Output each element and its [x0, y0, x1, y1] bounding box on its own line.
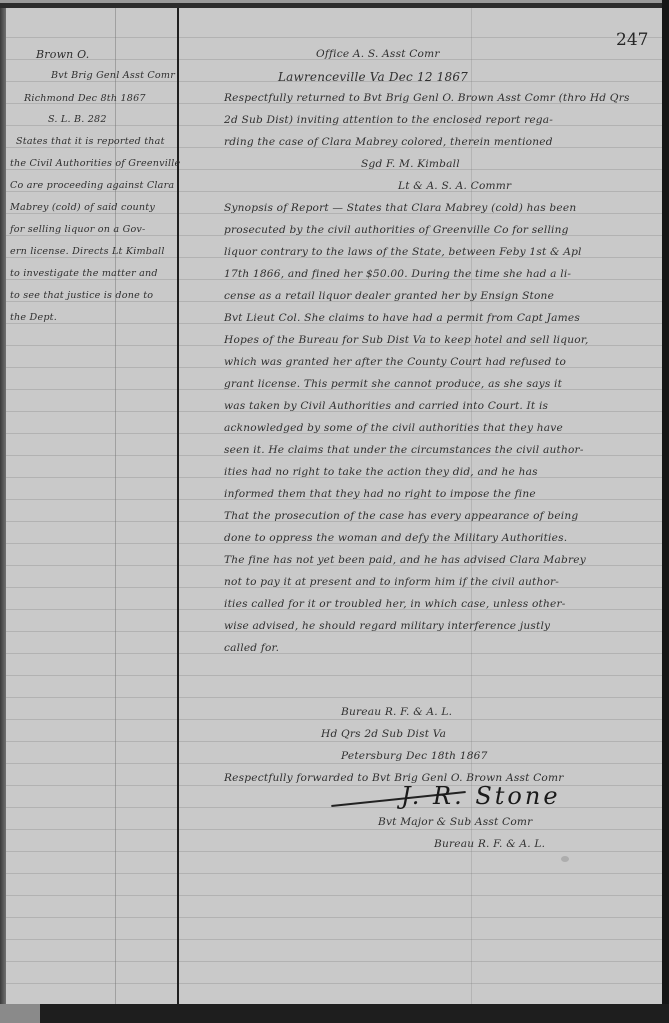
- synopsis-line: seen it. He claims that under the circum…: [224, 444, 584, 456]
- signature-stone-bureau: Bureau R. F. & A. L.: [434, 838, 545, 850]
- synopsis-line: informed them that they had no right to …: [224, 488, 536, 500]
- synopsis-line: which was granted her after the County C…: [224, 356, 566, 368]
- signature-kimball-title: Lt & A. S. A. Commr: [398, 180, 511, 192]
- margin-line: Brown O.: [36, 48, 89, 61]
- body-line: Respectfully returned to Bvt Brig Genl O…: [224, 92, 630, 104]
- synopsis-line: Hopes of the Bureau for Sub Dist Va to k…: [224, 334, 589, 346]
- synopsis-line: acknowledged by some of the civil author…: [224, 422, 563, 434]
- entry-heading-office: Office A. S. Asst Comr: [316, 48, 440, 60]
- synopsis-line: The fine has not yet been paid, and he h…: [224, 554, 586, 566]
- body-faint-rule: [471, 8, 472, 1008]
- signature-kimball: Sgd F. M. Kimball: [361, 158, 460, 170]
- margin-line: Co are proceeding against Clara: [10, 180, 174, 191]
- signature-stone-title: Bvt Major & Sub Asst Comr: [378, 816, 532, 828]
- forwarding-heading-bureau: Bureau R. F. & A. L.: [341, 706, 452, 718]
- page-number: 247: [616, 30, 648, 50]
- synopsis-line: Bvt Lieut Col. She claims to have had a …: [224, 312, 580, 324]
- synopsis-line: was taken by Civil Authorities and carri…: [224, 400, 548, 412]
- synopsis-line: liquor contrary to the laws of the State…: [224, 246, 582, 258]
- synopsis-line: wise advised, he should regard military …: [224, 620, 550, 632]
- bottom-left-edge: [0, 1004, 40, 1023]
- entry-heading-place-date: Lawrenceville Va Dec 12 1867: [278, 70, 468, 84]
- margin-line: Mabrey (cold) of said county: [10, 202, 155, 213]
- margin-line: to see that justice is done to: [10, 290, 153, 301]
- body-line: 2d Sub Dist) inviting attention to the e…: [224, 114, 553, 126]
- body-line: rding the case of Clara Mabrey colored, …: [224, 136, 553, 148]
- synopsis-line: That the prosecution of the case has eve…: [224, 510, 578, 522]
- synopsis-line: called for.: [224, 642, 279, 654]
- synopsis-line: ities called for it or troubled her, in …: [224, 598, 566, 610]
- bottom-binding-edge: [40, 1004, 669, 1023]
- synopsis-line: prosecuted by the civil authorities of G…: [224, 224, 569, 236]
- synopsis-line: done to oppress the woman and defy the M…: [224, 532, 567, 544]
- synopsis-line: Synopsis of Report — States that Clara M…: [224, 202, 576, 214]
- margin-line: S. L. B. 282: [48, 114, 107, 125]
- synopsis-line: 17th 1866, and fined her $50.00. During …: [224, 268, 571, 280]
- margin-line: Richmond Dec 8th 1867: [24, 93, 146, 104]
- forwarding-heading-hq: Hd Qrs 2d Sub Dist Va: [321, 728, 446, 740]
- right-page-edge: [662, 0, 669, 1023]
- signature-stone: J. R. Stone: [401, 782, 561, 810]
- synopsis-line: cense as a retail liquor dealer granted …: [224, 290, 554, 302]
- margin-line: the Dept.: [10, 312, 57, 323]
- forwarding-heading-place-date: Petersburg Dec 18th 1867: [341, 750, 488, 762]
- synopsis-line: grant license. This permit she cannot pr…: [224, 378, 562, 390]
- margin-line: the Civil Authorities of Greenville: [10, 158, 180, 169]
- margin-line: to investigate the matter and: [10, 268, 158, 279]
- margin-line: for selling liquor on a Gov-: [10, 224, 145, 235]
- margin-line: Bvt Brig Genl Asst Comr: [51, 70, 175, 81]
- margin-line: ern license. Directs Lt Kimball: [10, 246, 165, 257]
- synopsis-line: not to pay it at present and to inform h…: [224, 576, 559, 588]
- synopsis-line: ities had no right to take the action th…: [224, 466, 538, 478]
- ink-speck: [561, 856, 569, 862]
- margin-line: States that it is reported that: [16, 136, 165, 147]
- ledger-page: 247 Brown O. Bvt Brig Genl Asst Comr Ric…: [6, 8, 662, 1008]
